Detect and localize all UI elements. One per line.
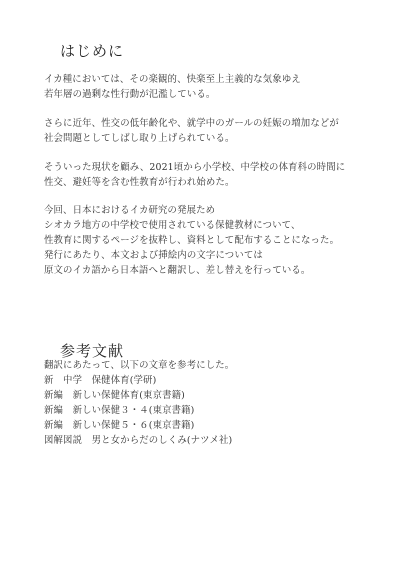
reference-item: 新 中学 保健体育(学研) [44, 373, 384, 388]
intro-paragraph-4: 今回、日本におけるイカ研究の発展ため シオカラ地方の中学校で使用されている保健教… [44, 203, 384, 278]
text-line: 社会問題としてしばし取り上げられている。 [44, 131, 384, 146]
references-intro-line: 翻訳にあたって、以下の文章を参考にした。 [44, 358, 384, 373]
intro-paragraph-2: さらに近年、性交の低年齢化や、就学中のガールの妊娠の増加などが 社会問題としてし… [44, 116, 384, 146]
reference-item: 新編 新しい保健３・４(東京書籍) [44, 403, 384, 418]
text-line: 性教育に関するページを抜粋し、資料として配布することになった。 [44, 233, 384, 248]
references-list: 翻訳にあたって、以下の文章を参考にした。 新 中学 保健体育(学研) 新編 新し… [44, 358, 384, 448]
text-line: シオカラ地方の中学校で使用されている保健教材について、 [44, 218, 384, 233]
text-line: 性交、避妊等を含む性教育が行われ始めた。 [44, 175, 384, 190]
text-line: 今回、日本におけるイカ研究の発展ため [44, 203, 384, 218]
document-page: はじめに イカ種においては、その楽観的、快楽至上主義的な気象ゆえ 若年層の過剰な… [0, 0, 400, 565]
text-line: そういった現状を顧み、2021頃から小学校、中学校の体育科の時間に [44, 160, 384, 175]
text-line: 原文のイカ語から日本語へと翻訳し、差し替えを行っている。 [44, 263, 384, 278]
text-line: 若年層の過剰な性行動が氾濫している。 [44, 87, 384, 102]
intro-heading: はじめに [60, 40, 124, 61]
intro-paragraph-3: そういった現状を顧み、2021頃から小学校、中学校の体育科の時間に 性交、避妊等… [44, 160, 384, 190]
text-line: さらに近年、性交の低年齢化や、就学中のガールの妊娠の増加などが [44, 116, 384, 131]
intro-paragraph-1: イカ種においては、その楽観的、快楽至上主義的な気象ゆえ 若年層の過剰な性行動が氾… [44, 72, 384, 102]
text-line: イカ種においては、その楽観的、快楽至上主義的な気象ゆえ [44, 72, 384, 87]
text-line: 発行にあたり、本文および挿絵内の文字については [44, 248, 384, 263]
reference-item: 図解図説 男と女からだのしくみ(ナツメ社) [44, 433, 384, 448]
reference-item: 新編 新しい保健５・６(東京書籍) [44, 418, 384, 433]
reference-item: 新編 新しい保健体育(東京書籍) [44, 388, 384, 403]
